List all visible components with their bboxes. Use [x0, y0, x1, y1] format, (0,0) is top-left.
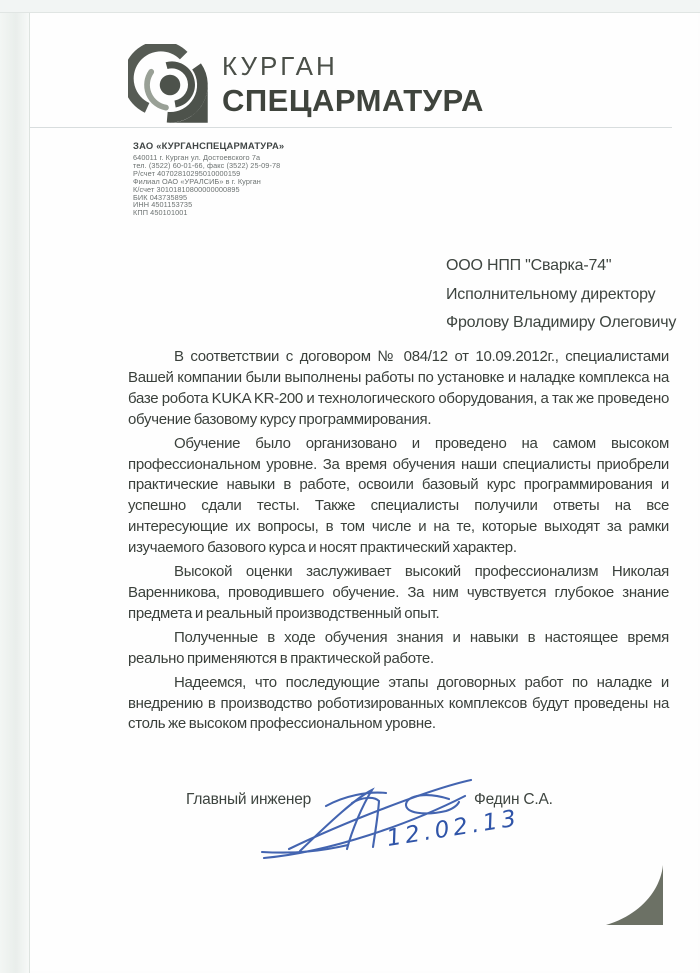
letterhead-company-name: ЗАО «КУРГАНСПЕЦАРМАТУРА»	[133, 140, 363, 151]
recipient-company: ООО НПП "Сварка-74"	[446, 252, 676, 281]
scan-edge-top	[0, 0, 700, 13]
signer-name: Федин С.А.	[474, 791, 553, 809]
body-paragraph-3: Высокой оценки заслуживает высокий профе…	[128, 562, 669, 625]
letterhead-kpp: КПП 450101001	[133, 209, 363, 217]
scan-edge-left	[0, 0, 30, 973]
recipient-position: Исполнительному директору	[446, 281, 676, 310]
letter-scan: КУРГАН СПЕЦАРМАТУРА ЗАО «КУРГАНСПЕЦАРМАТ…	[0, 0, 700, 973]
recipient-block: ООО НПП "Сварка-74" Исполнительному дире…	[446, 252, 676, 338]
recipient-name: Фролову Владимиру Олеговичу	[446, 309, 676, 338]
wordmark-line1: КУРГАН	[222, 53, 484, 79]
company-wordmark: КУРГАН СПЕЦАРМАТУРА	[222, 53, 484, 116]
body-paragraph-1: В соответствии с договором № 084/12 от 1…	[128, 347, 669, 431]
wordmark-line2: СПЕЦАРМАТУРА	[222, 85, 484, 116]
company-logo-icon	[128, 44, 212, 126]
body-paragraph-4: Полученные в ходе обучения знания и навы…	[128, 628, 669, 670]
logo-center-dot	[160, 75, 181, 96]
body-paragraph-5: Надеемся, что последующие этапы договорн…	[128, 673, 669, 736]
letter-body: В соответствии с договором № 084/12 от 1…	[128, 347, 669, 738]
header-divider	[30, 127, 672, 128]
corner-decoration	[603, 862, 665, 928]
body-paragraph-2: Обучение было организовано и проведено н…	[128, 434, 669, 559]
signer-position-title: Главный инженер	[186, 791, 311, 809]
letterhead-details: ЗАО «КУРГАНСПЕЦАРМАТУРА» 640011 г. Курга…	[133, 140, 363, 217]
